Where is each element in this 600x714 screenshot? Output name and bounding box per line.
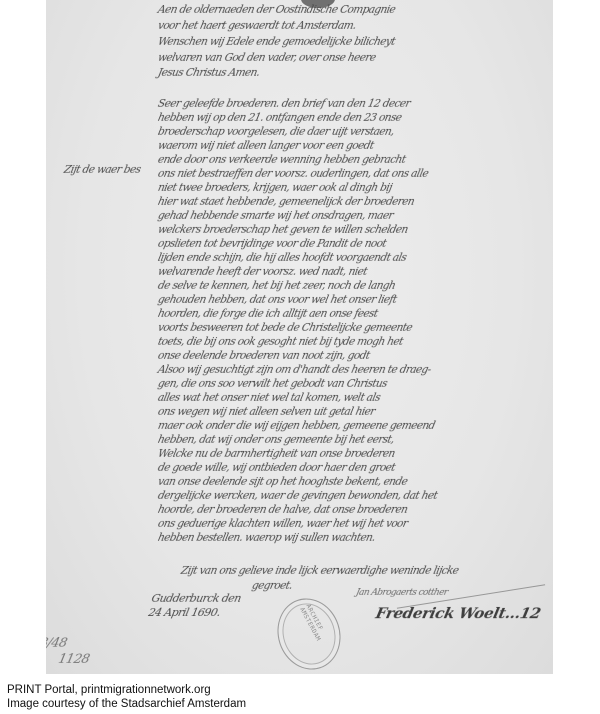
- closing-line: Zijt van ons gelieve inde lijck eerwaerd…: [180, 565, 460, 577]
- body-line: onse deelende broederen van noot zijn, g…: [157, 350, 371, 362]
- body-line: Welcke nu de barmhertigheit van onse bro…: [157, 448, 396, 460]
- body-line: hoorden, die forge die ich alltijt aen o…: [157, 308, 379, 320]
- body-line: welckers broederschap het geven te wille…: [157, 224, 409, 236]
- body-line: ons wegen wij niet alleen selven uit get…: [157, 406, 376, 418]
- archive-number: 1128: [46, 652, 91, 668]
- date-line: 24 April 1690.: [147, 606, 239, 620]
- signature: Frederick Woelt...12: [374, 604, 542, 622]
- body-line: hoorde, der broederen de halve, dat onse…: [157, 504, 409, 516]
- body-line: broederschap voorgelesen, die daer uijt …: [157, 126, 395, 138]
- image-caption: PRINT Portal, printmigrationnetwork.org …: [7, 683, 246, 711]
- body-line: lijden ende schijn, die hij alles hoofdt…: [157, 252, 408, 264]
- document-scan: Aen de oldernaeden der Oostindische Comp…: [46, 0, 553, 674]
- caption-credit: Image courtesy of the Stadsarchief Amste…: [7, 697, 246, 711]
- body-line: waerom wij niet alleen langer voor een g…: [157, 140, 375, 152]
- heading-line: voor het haert geswaerdt tot Amsterdam.: [157, 20, 357, 32]
- body-line: opslieten tot bevrijdinge voor die Pandi…: [157, 238, 387, 250]
- body-line: hebben bestellen. waerop wij sullen wach…: [157, 532, 376, 544]
- body-line: hebben wij op den 21. ontfangen ende den…: [157, 112, 403, 124]
- place-line: Gudderburck den: [150, 592, 242, 606]
- stamp-text: ARCHIEF AMSTERDAM: [298, 603, 331, 648]
- body-line: toets, die bij ons ook gesoght niet bij …: [157, 336, 404, 348]
- heading-line: welvaren van God den vader, over onse he…: [157, 52, 377, 64]
- body-line: ons geduerige klachten willen, waer het …: [157, 518, 409, 530]
- body-line: niet twee broeders, krijgen, waer ook al…: [157, 182, 393, 194]
- heading-line: Jesus Christus Amen.: [157, 67, 261, 79]
- heading-line: Aen de oldernaeden der Oostindische Comp…: [157, 4, 397, 16]
- body-line: maer ook onder die wij eijgen hebben, ge…: [157, 420, 436, 432]
- caption-source: PRINT Portal, printmigrationnetwork.org: [7, 683, 246, 697]
- archive-stamp: ARCHIEF AMSTERDAM: [268, 590, 349, 674]
- body-line: ende door ons verkeerde wenning hebben g…: [157, 154, 407, 166]
- body-line: hebben, dat wij onder ons gemeente bij h…: [157, 434, 395, 446]
- body-line: gen, die ons soo verwilt het gebodt van …: [157, 378, 388, 390]
- witness-name: Jan Abrogaerts cotther: [355, 588, 449, 598]
- greeting: gegroet.: [251, 580, 294, 592]
- body-line: ons niet bestraeffen der voorsz. ouderli…: [157, 168, 429, 180]
- body-line: gehouden hebben, dat ons voor wel het on…: [157, 294, 398, 306]
- margin-note: Zijt de waer bes: [63, 164, 142, 176]
- body-line: hier wat staet hebbende, gemeenelijck de…: [157, 196, 415, 208]
- archive-numbers: 3/48 1128: [46, 636, 94, 668]
- body-line: van onse deelende sijt op het hooghste b…: [157, 476, 409, 488]
- heading-line: Wenschen wij Edele ende gemoedelijcke bi…: [157, 36, 396, 48]
- body-line: alles wat het onser niet wel tal komen, …: [157, 392, 381, 404]
- body-line: de goede wille, wij ontbieden door haer …: [157, 462, 396, 474]
- body-line: Seer geleefde broederen. den brief van d…: [157, 98, 411, 110]
- body-line: Alsoo wij gesuchtigt zijn om d'handt des…: [157, 364, 432, 376]
- body-line: de selve te kennen, het bij het zeer, no…: [157, 280, 397, 292]
- place-date: Gudderburck den 24 April 1690.: [147, 592, 242, 620]
- body-line: voorts besweeren tot bede de Christelijc…: [157, 322, 413, 334]
- archive-number: 3/48: [46, 636, 94, 652]
- body-line: dergelijcke wercken, waer de gevingen be…: [157, 490, 439, 502]
- body-line: welvarende heeft der voorsz. wed nadt, n…: [157, 266, 368, 278]
- body-line: gehad hebbende smarte wij het onsdragen,…: [157, 210, 394, 222]
